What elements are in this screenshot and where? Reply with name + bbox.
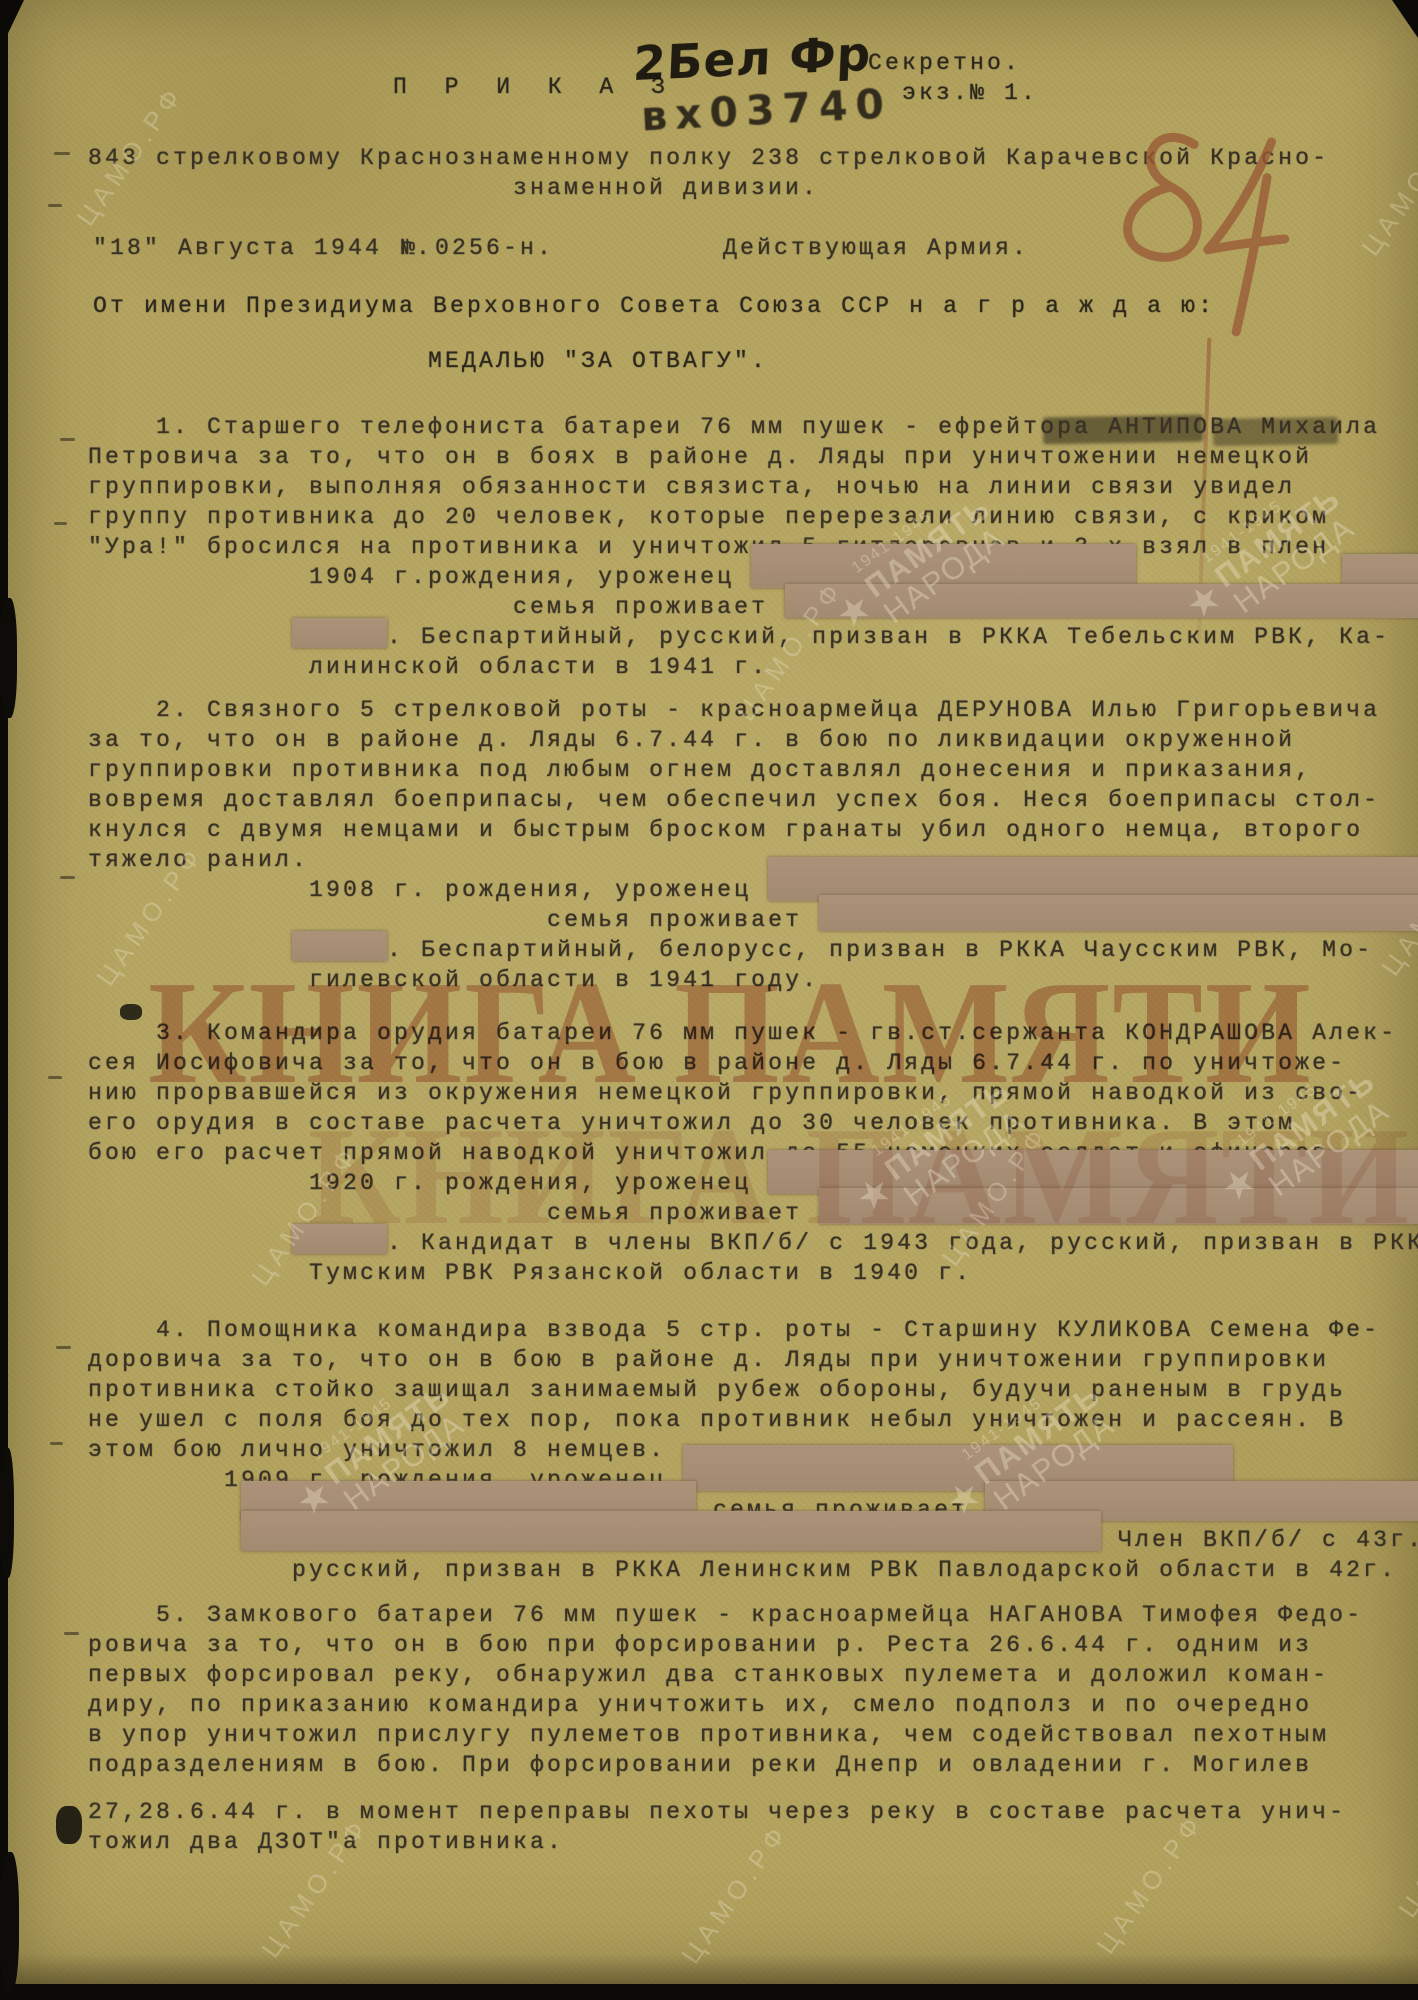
typed-text: Петровича за то, что он в боях в районе … bbox=[88, 442, 1312, 472]
classification-block: Секретно. экз.№ 1. bbox=[868, 48, 1038, 108]
typed-text: кнулся с двумя немцами и быстрым броском… bbox=[88, 815, 1363, 845]
typed-text: вовремя доставлял боеприпасы, чем обеспе… bbox=[88, 785, 1380, 815]
margin-mark bbox=[48, 1076, 62, 1079]
order-paragraph: 5. Замкового батареи 76 мм пушек - красн… bbox=[88, 1600, 1408, 1780]
typed-text: семья проживает bbox=[88, 905, 819, 935]
typed-line: за то, что он в районе д. Ляды 6.7.44 г.… bbox=[88, 725, 1408, 755]
award-heading: МЕДАЛЬЮ "ЗА ОТВАГУ". bbox=[428, 346, 768, 376]
typed-text: диру, по приказанию командира уничтожить… bbox=[88, 1690, 1312, 1720]
typed-line: Петровича за то, что он в боях в районе … bbox=[88, 442, 1408, 472]
typed-line: 27,28.6.44 г. в момент переправы пехоты … bbox=[88, 1797, 1408, 1827]
typed-text: не ушел с поля боя до тех пор, пока прот… bbox=[88, 1405, 1346, 1435]
typed-line: в упор уничтожил прислугу пулеметов прот… bbox=[88, 1720, 1408, 1750]
typed-text: 27,28.6.44 г. в момент переправы пехоты … bbox=[88, 1797, 1346, 1827]
paper-edge-shadow bbox=[8, 1954, 1418, 1984]
ink-blot bbox=[56, 1806, 82, 1844]
typed-text: 5. Замкового батареи 76 мм пушек - красн… bbox=[88, 1600, 1363, 1630]
redaction-box bbox=[1342, 554, 1418, 588]
typed-text: "Ура!" бросился на противника и уничтожи… bbox=[88, 532, 1329, 562]
scanned-order-page: П Р И К А З Секретно. экз.№ 1. 2Бел Фр в… bbox=[0, 0, 1418, 2000]
typed-text: 4. Помощника командира взвода 5 стр. рот… bbox=[88, 1315, 1380, 1345]
typed-text: Член ВКП/б/ с 43г. bbox=[1101, 1525, 1418, 1555]
typed-line: группировки противника под любым огнем д… bbox=[88, 755, 1408, 785]
margin-mark bbox=[54, 152, 70, 155]
typed-line: Член ВКП/б/ с 43г. bbox=[88, 1525, 1408, 1555]
typed-text: доровича за то, что он в бою в районе д.… bbox=[88, 1345, 1329, 1375]
typed-text: группу противника до 20 человек, которые… bbox=[88, 502, 1329, 532]
typed-line: группу противника до 20 человек, которые… bbox=[88, 502, 1408, 532]
ink-blot bbox=[120, 1004, 142, 1020]
margin-mark bbox=[50, 1442, 63, 1445]
scan-edge-blob bbox=[0, 598, 17, 718]
scan-edge-blob bbox=[0, 1852, 19, 1992]
typed-line: доровича за то, что он в бою в районе д.… bbox=[88, 1345, 1408, 1375]
handwritten-page-number: 84 bbox=[1085, 108, 1341, 359]
margin-mark bbox=[60, 876, 75, 879]
typed-text: за то, что он в районе д. Ляды 6.7.44 г.… bbox=[88, 725, 1295, 755]
typed-text: 1. Старшего телефониста батареи 76 мм пу… bbox=[88, 412, 1380, 442]
typed-text: группировки противника под любым огнем д… bbox=[88, 755, 1312, 785]
typed-text: подразделениям в бою. При форсировании р… bbox=[88, 1750, 1312, 1780]
margin-mark bbox=[60, 438, 75, 441]
address-line-2: знаменной дивизии. bbox=[513, 173, 819, 203]
archive-watermark: ЦАМО.РФ bbox=[1355, 109, 1418, 262]
typed-line: кнулся с двумя немцами и быстрым броском… bbox=[88, 815, 1408, 845]
typed-text: в упор уничтожил прислугу пулеметов прот… bbox=[88, 1720, 1329, 1750]
scan-edge-bottom bbox=[0, 1984, 1418, 2000]
typed-text bbox=[88, 622, 292, 652]
typed-line: подразделениям в бою. При форсировании р… bbox=[88, 1750, 1408, 1780]
typed-text: русский, призван в РККА Ленинским РВК Па… bbox=[88, 1555, 1397, 1585]
order-date: "18" Августа 1944 г. bbox=[93, 233, 433, 263]
typed-line: 4. Помощника командира взвода 5 стр. рот… bbox=[88, 1315, 1408, 1345]
margin-mark bbox=[56, 1346, 71, 1349]
margin-mark bbox=[64, 1632, 79, 1635]
typed-line: группировки, выполняя обязанности связис… bbox=[88, 472, 1408, 502]
typed-line: вовремя доставлял боеприпасы, чем обеспе… bbox=[88, 785, 1408, 815]
preamble: От имени Президиума Верховного Совета Со… bbox=[93, 291, 1215, 321]
typed-text: группировки, выполняя обязанности связис… bbox=[88, 472, 1295, 502]
typed-text: первых форсировал реку, обнаружил два ст… bbox=[88, 1660, 1329, 1690]
typed-text: Тумским РВК Рязанской области в 1940 г. bbox=[88, 1258, 972, 1288]
typed-line: диру, по приказанию командира уничтожить… bbox=[88, 1690, 1408, 1720]
pencil-84-icon bbox=[1085, 108, 1341, 359]
typed-line: ровича за то, что он в бою при форсирова… bbox=[88, 1630, 1408, 1660]
typed-text bbox=[88, 1495, 241, 1525]
typed-line: противника стойко защищал занимаемый руб… bbox=[88, 1375, 1408, 1405]
scan-edge-blob bbox=[0, 1448, 14, 1578]
paper-sheet: П Р И К А З Секретно. экз.№ 1. 2Бел Фр в… bbox=[8, 0, 1418, 1984]
classification-label: Секретно. bbox=[868, 48, 1038, 78]
typed-text bbox=[88, 1525, 241, 1555]
redaction-box bbox=[292, 618, 387, 648]
typed-line: 5. Замкового батареи 76 мм пушек - красн… bbox=[88, 1600, 1408, 1630]
margin-mark bbox=[48, 204, 62, 207]
typed-text: лининской области в 1941 г. bbox=[88, 652, 768, 682]
order-paragraph: 4. Помощника командира взвода 5 стр. рот… bbox=[88, 1315, 1408, 1585]
typed-text: семья проживает bbox=[88, 592, 785, 622]
typed-line: первых форсировал реку, обнаружил два ст… bbox=[88, 1660, 1408, 1690]
typed-line: 1. Старшего телефониста батареи 76 мм пу… bbox=[88, 412, 1408, 442]
typed-text: противника стойко защищал занимаемый руб… bbox=[88, 1375, 1346, 1405]
army-note: Действующая Армия. bbox=[723, 233, 1029, 263]
typed-line: русский, призван в РККА Ленинским РВК Па… bbox=[88, 1555, 1408, 1585]
typed-line: лининской области в 1941 г. bbox=[88, 652, 1408, 682]
typed-text: ровича за то, что он в бою при форсирова… bbox=[88, 1630, 1312, 1660]
redaction-box bbox=[819, 895, 1418, 931]
scan-edge-left bbox=[0, 0, 8, 2000]
copy-number: экз.№ 1. bbox=[868, 78, 1038, 108]
margin-mark bbox=[54, 522, 67, 525]
order-number: № 0256-н. bbox=[401, 233, 554, 263]
typed-line: семья проживает bbox=[88, 905, 1408, 935]
typed-text: 1904 г.рождения, уроженец bbox=[88, 562, 751, 592]
red-watermark: КНИГА ПАМЯТИ bbox=[148, 948, 1313, 1118]
typed-line: не ушел с поля боя до тех пор, пока прот… bbox=[88, 1405, 1408, 1435]
